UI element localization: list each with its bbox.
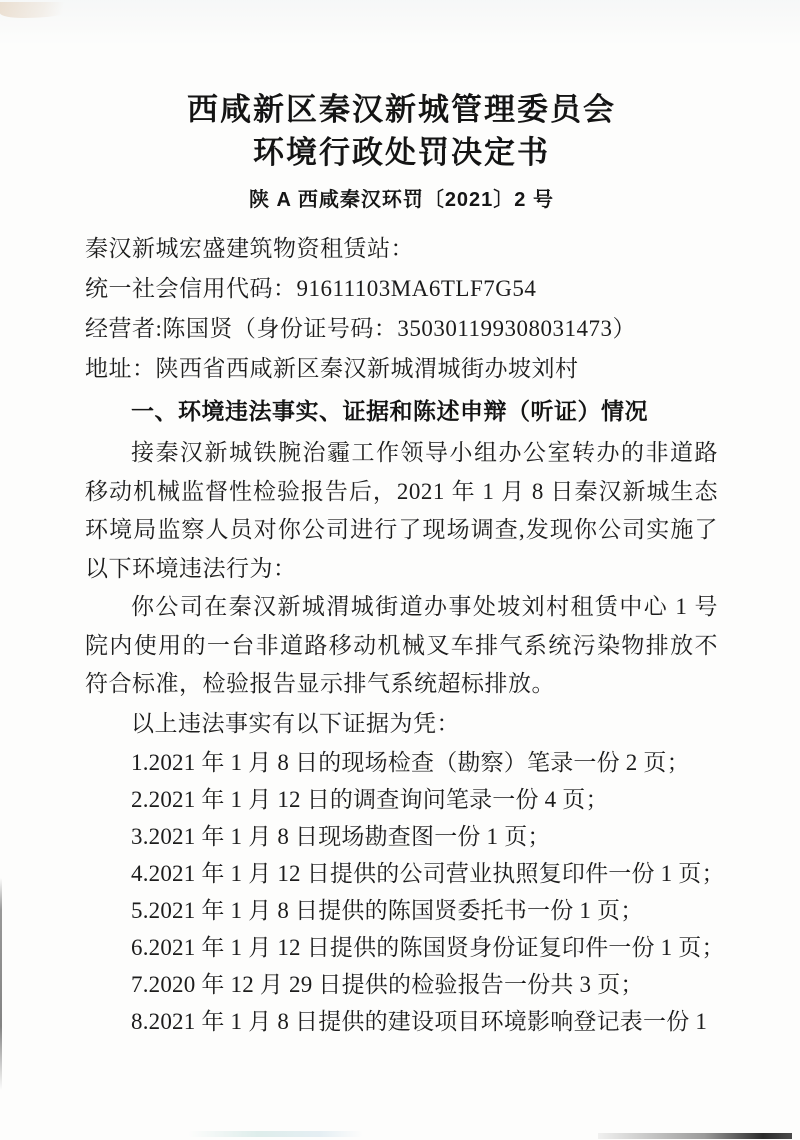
address-line: 地址：陕西省西咸新区秦汉新城渭城街办坡刘村: [85, 349, 718, 389]
evidence-item: 5.2021 年 1 月 8 日提供的陈国贤委托书一份 1 页；: [85, 892, 718, 929]
paragraph-1-line3: 环境局监察人员对你公司进行了现场调查,发现你公司实施了: [85, 511, 718, 550]
evidence-item: 1.2021 年 1 月 8 日的现场检查（勘察）笔录一份 2 页；: [85, 744, 718, 781]
header-info-block: 秦汉新城宏盛建筑物资租赁站： 统一社会信用代码：91611103MA6TLF7G…: [85, 229, 718, 389]
paragraph-1-line4: 以下环境违法行为：: [85, 550, 718, 589]
scan-smudge-bottom-blue: [188, 1131, 363, 1137]
scan-shadow-bottom-right: [598, 1133, 792, 1139]
paragraph-2-line3: 符合标准，检验报告显示排气系统超标排放。: [85, 665, 718, 704]
paragraph-2: 你公司在秦汉新城渭城街道办事处坡刘村租赁中心 1 号 院内使用的一台非道路移动机…: [85, 588, 718, 704]
evidence-item: 7.2020 年 12 月 29 日提供的检验报告一份共 3 页；: [85, 966, 718, 1003]
paragraph-1-line2: 移动机械监督性检验报告后，2021 年 1 月 8 日秦汉新城生态: [85, 473, 718, 512]
document-number: 陕 A 西咸秦汉环罚〔2021〕2 号: [85, 187, 718, 213]
paragraph-2-line1: 你公司在秦汉新城渭城街道办事处坡刘村租赁中心 1 号: [85, 588, 718, 627]
evidence-item: 2.2021 年 1 月 12 日的调查询问笔录一份 4 页；: [85, 781, 718, 818]
paragraph-2-line2: 院内使用的一台非道路移动机械叉车排气系统污染物排放不: [85, 627, 718, 666]
credit-code-line: 统一社会信用代码：91611103MA6TLF7G54: [85, 269, 718, 309]
scan-edge-line-left: [0, 878, 2, 1090]
evidence-list: 1.2021 年 1 月 8 日的现场检查（勘察）笔录一份 2 页；2.2021…: [85, 744, 718, 1040]
document-content: 西咸新区秦汉新城管理委员会 环境行政处罚决定书 陕 A 西咸秦汉环罚〔2021〕…: [85, 88, 718, 1040]
evidence-item: 8.2021 年 1 月 8 日提供的建设项目环境影响登记表一份 1: [85, 1003, 718, 1040]
evidence-intro-line: 以上违法事实有以下证据为凭：: [85, 705, 718, 743]
document-title-line2: 环境行政处罚决定书: [85, 131, 718, 174]
document-title-line1: 西咸新区秦汉新城管理委员会: [85, 88, 718, 131]
scan-top-tint-artifact: [0, 0, 800, 46]
evidence-item: 3.2021 年 1 月 8 日现场勘查图一份 1 页；: [85, 818, 718, 855]
scanned-document-page: 西咸新区秦汉新城管理委员会 环境行政处罚决定书 陕 A 西咸秦汉环罚〔2021〕…: [0, 0, 800, 1140]
paragraph-1-line1: 接秦汉新城铁腕治霾工作领导小组办公室转办的非道路: [85, 434, 718, 473]
recipient-line: 秦汉新城宏盛建筑物资租赁站：: [85, 229, 718, 269]
scan-smudge-top-left: [0, 2, 78, 18]
operator-line: 经营者:陈国贤（身份证号码：350301199308031473）: [85, 309, 718, 349]
paragraph-1: 接秦汉新城铁腕治霾工作领导小组办公室转办的非道路 移动机械监督性检验报告后，20…: [85, 434, 718, 588]
evidence-item: 6.2021 年 1 月 12 日提供的陈国贤身份证复印件一份 1 页；: [85, 929, 718, 966]
section1-heading: 一、环境违法事实、证据和陈述申辩（听证）情况: [85, 396, 718, 426]
document-title: 西咸新区秦汉新城管理委员会 环境行政处罚决定书: [85, 88, 718, 174]
evidence-item: 4.2021 年 1 月 12 日提供的公司营业执照复印件一份 1 页；: [85, 855, 718, 892]
